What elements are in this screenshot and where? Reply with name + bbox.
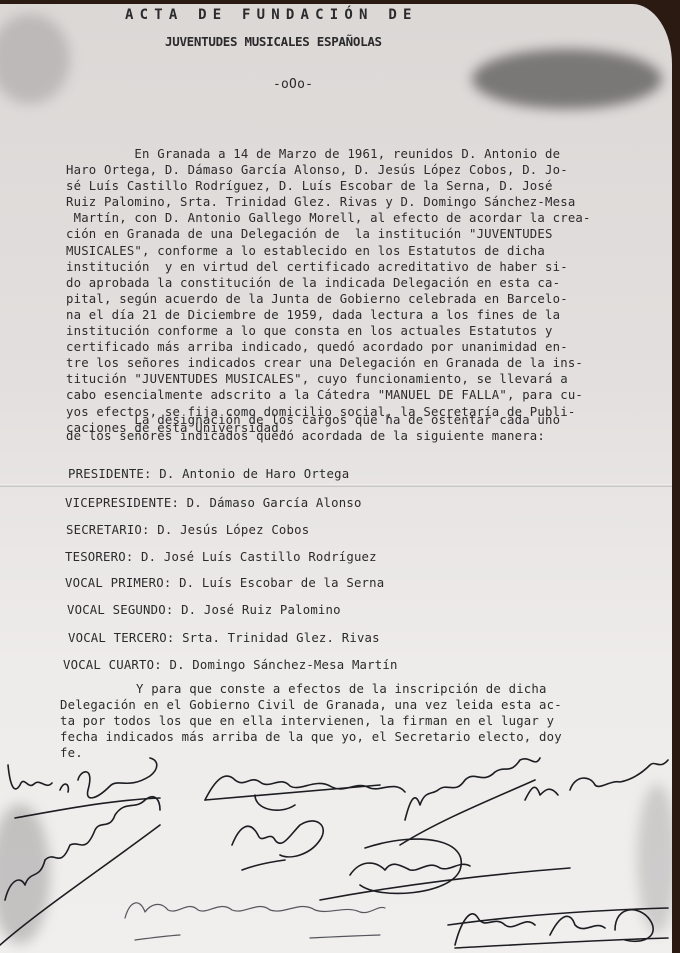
signatures [0, 0, 680, 953]
